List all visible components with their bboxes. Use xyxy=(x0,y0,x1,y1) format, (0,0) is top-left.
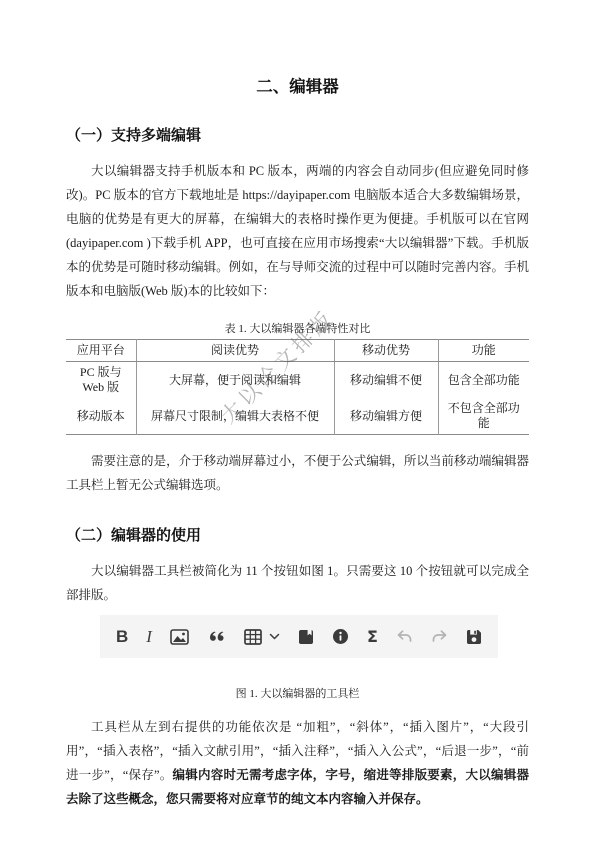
table-header-row: 应用平台 阅读优势 移动优势 功能 xyxy=(66,340,529,362)
cell-mobility: 移动编辑不便 xyxy=(334,362,438,399)
cell-reading: 大屏幕，便于阅读和编辑 xyxy=(136,362,334,399)
column-header-features: 功能 xyxy=(438,340,529,362)
paragraph-toolbar-intro: 大以编辑器工具栏被简化为 11 个按钮如图 1。只需要这 10 个按钮就可以完成… xyxy=(66,559,529,607)
cell-features: 包含全部功能 xyxy=(438,362,529,399)
cell-reading: 屏幕尺寸限制，编辑大表格不便 xyxy=(136,398,334,435)
paragraph-note: 需要注意的是，介于移动端屏幕过小，不便于公式编辑，所以当前移动端编辑器工具栏上暂… xyxy=(66,449,529,497)
insert-table-icon xyxy=(244,629,280,645)
cell-mobility: 移动编辑方便 xyxy=(334,398,438,435)
cell-platform: PC 版与 Web 版 xyxy=(66,362,136,399)
table-row: 移动版本 屏幕尺寸限制，编辑大表格不便 移动编辑方便 不包含全部功能 xyxy=(66,398,529,435)
annotation-icon xyxy=(332,628,349,645)
blockquote-icon xyxy=(207,629,226,645)
figure-caption: 图 1. 大以编辑器的工具栏 xyxy=(66,685,529,701)
redo-icon xyxy=(431,629,448,644)
document-page: 大以论文排版 二、编辑器 （一）支持多端编辑 大以编辑器支持手机版本和 PC 版… xyxy=(0,0,595,842)
page-title: 二、编辑器 xyxy=(66,73,529,97)
italic-icon: I xyxy=(146,627,152,647)
figure-toolbar-image: B I Σ xyxy=(100,615,498,658)
section-2-heading: （二）编辑器的使用 xyxy=(66,524,529,545)
formula-icon: Σ xyxy=(367,627,378,646)
undo-icon xyxy=(396,629,413,644)
column-header-reading: 阅读优势 xyxy=(136,340,334,362)
page-number: 2 xyxy=(0,794,595,806)
section-1-heading: （一）支持多端编辑 xyxy=(66,124,529,145)
insert-image-icon xyxy=(170,629,189,645)
table-row: PC 版与 Web 版 大屏幕，便于阅读和编辑 移动编辑不便 包含全部功能 xyxy=(66,362,529,399)
save-icon xyxy=(466,629,482,645)
cell-platform: 移动版本 xyxy=(66,398,136,435)
bold-icon: B xyxy=(116,627,128,647)
table-caption: 表 1. 大以编辑器各端特性对比 xyxy=(66,320,529,336)
column-header-platform: 应用平台 xyxy=(66,340,136,362)
comparison-table: 应用平台 阅读优势 移动优势 功能 PC 版与 Web 版 大屏幕，便于阅读和编… xyxy=(66,339,529,435)
column-header-mobility: 移动优势 xyxy=(334,340,438,362)
paragraph-multi-device: 大以编辑器支持手机版本和 PC 版本，两端的内容会自动同步(但应避免同时修改)。… xyxy=(66,159,529,303)
citation-icon xyxy=(298,629,314,645)
cell-features: 不包含全部功能 xyxy=(438,398,529,435)
